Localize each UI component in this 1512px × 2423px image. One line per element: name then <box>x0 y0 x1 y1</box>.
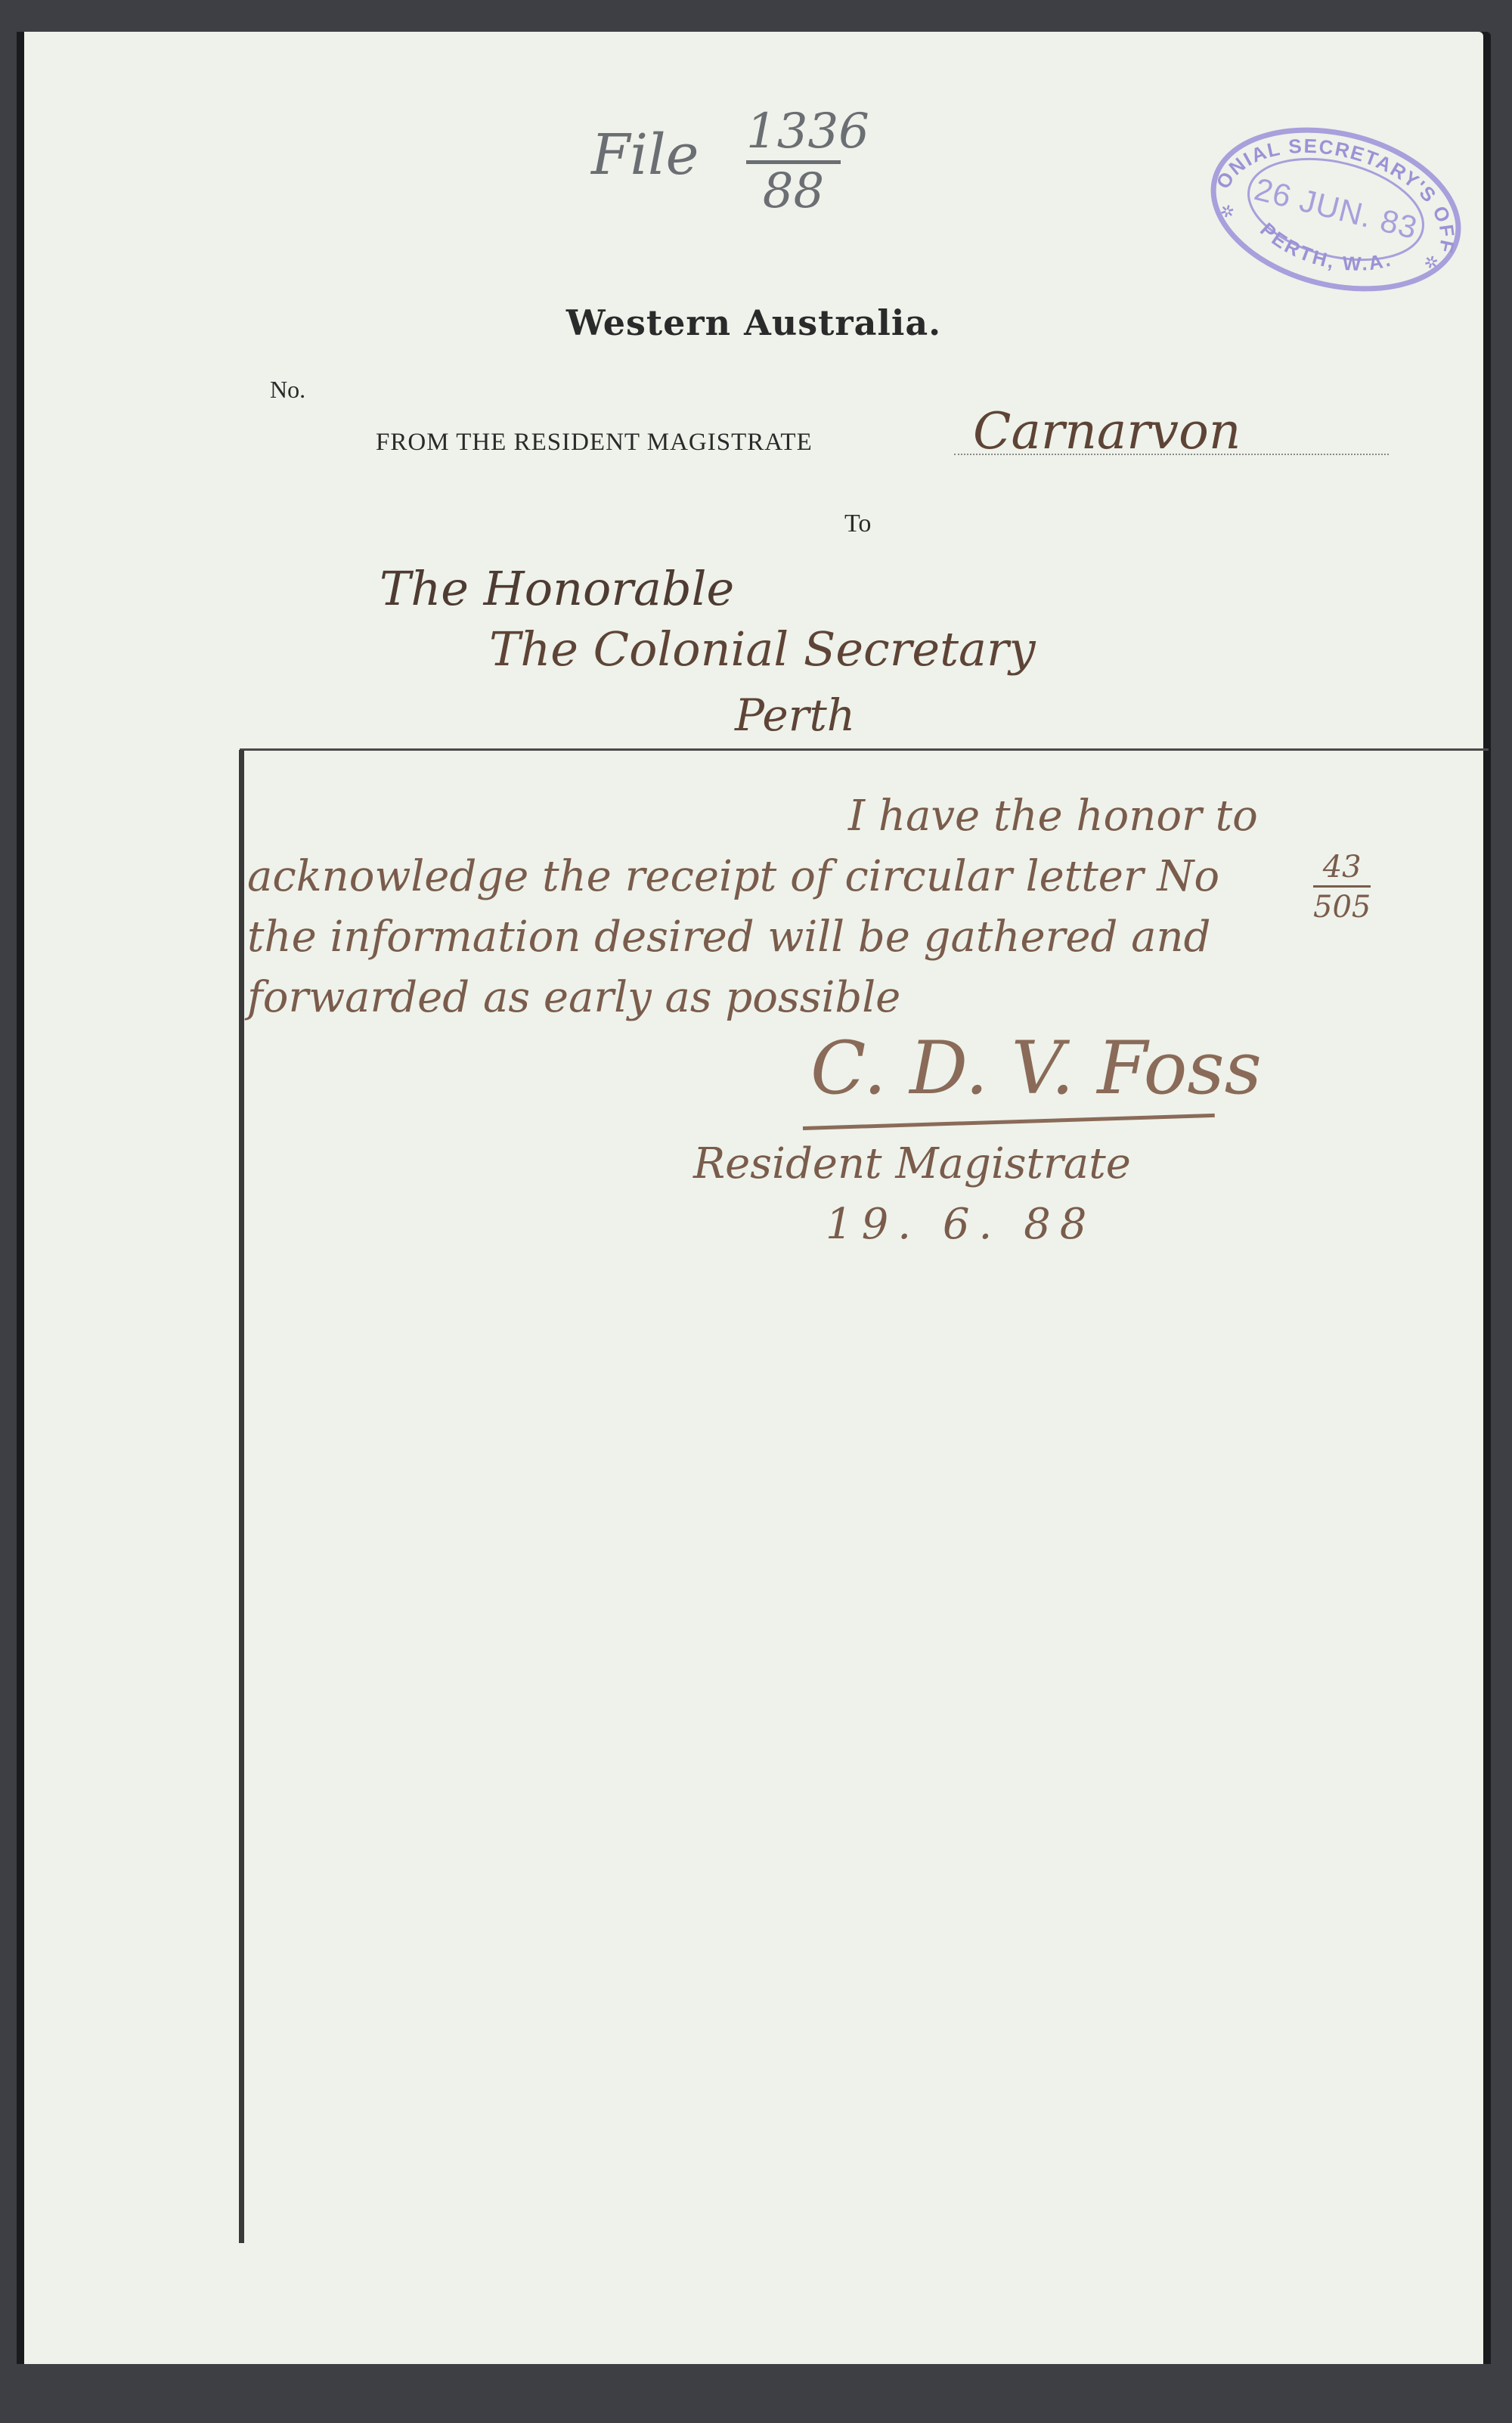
signature-underline <box>803 1114 1215 1130</box>
received-stamp: COLONIAL SECRETARY'S OFFICE PERTH, W.A. … <box>1192 101 1480 318</box>
signatory-title: Resident Magistrate <box>693 1139 1131 1188</box>
document-page: File 1336 88 COLONIAL SECRETARY'S OFFICE… <box>24 32 1483 2364</box>
letter-line-3: the information desired will be gathered… <box>247 912 1210 962</box>
letter-date: 19. 6. 88 <box>826 1200 1095 1249</box>
circular-number: 43 505 <box>1313 852 1371 922</box>
from-label: FROM THE RESIDENT MAGISTRATE <box>376 429 813 457</box>
margin-rule <box>239 750 244 2243</box>
circular-number-denominator: 505 <box>1313 888 1371 922</box>
number-label: No. <box>270 376 305 404</box>
addressee-line-2: The Colonial Secretary <box>489 621 1036 677</box>
file-label: File <box>591 122 699 187</box>
addressee-line-1: The Honorable <box>380 561 734 616</box>
addressee-line-3: Perth <box>735 689 855 741</box>
signature: C. D. V. Foss <box>810 1026 1262 1111</box>
file-number-fraction: 1336 88 <box>746 107 841 215</box>
svg-text:✲: ✲ <box>1218 200 1236 222</box>
to-label: To <box>844 510 871 538</box>
form-heading: Western Australia. <box>24 302 1483 343</box>
circular-number-numerator: 43 <box>1313 852 1371 888</box>
from-place: Carnarvon <box>973 402 1241 460</box>
letter-line-4: forwarded as early as possible <box>247 973 900 1022</box>
file-year: 88 <box>746 164 841 215</box>
file-number: 1336 <box>746 107 841 164</box>
body-top-rule <box>240 748 1489 751</box>
letter-line-1: I have the honor to <box>848 792 1258 841</box>
letter-line-2: acknowledge the receipt of circular lett… <box>247 852 1219 901</box>
